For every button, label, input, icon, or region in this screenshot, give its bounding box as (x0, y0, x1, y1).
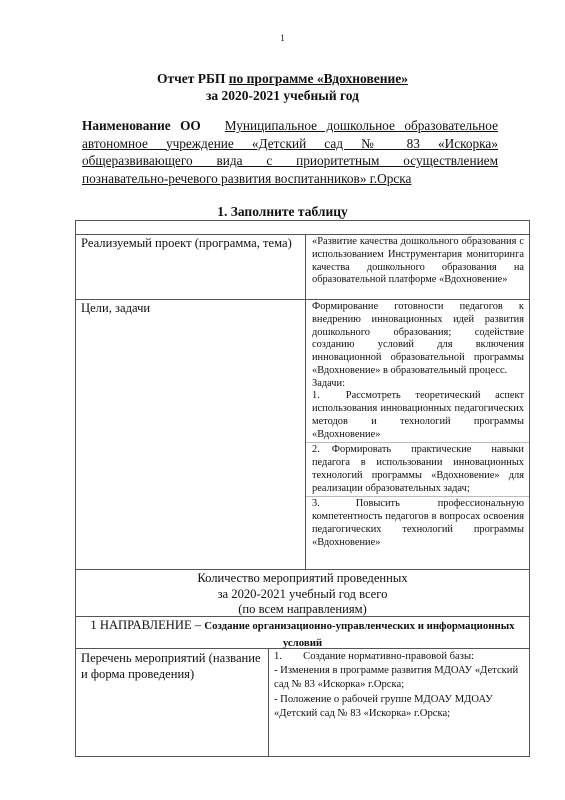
page-number: 1 (0, 33, 565, 43)
title-program: по программе «Вдохновение» (229, 71, 408, 86)
task-divider (306, 496, 529, 497)
project-value: «Развитие качества дошкольного образован… (306, 235, 529, 299)
project-label: Реализуемый проект (программа, тема) (76, 235, 306, 299)
count-line-2: за 2020-2021 учебный год всего (80, 587, 525, 603)
count-line-1: Количество мероприятий проведенных (80, 571, 525, 587)
direction-prefix: 1 НАПРАВЛЕНИЕ – (90, 618, 204, 632)
report-subtitle: за 2020-2021 учебный год (0, 87, 565, 104)
table-row-direction: 1 НАПРАВЛЕНИЕ – Создание организационно-… (76, 616, 529, 648)
goals-value: Формирование готовности педагогов к внед… (306, 300, 529, 569)
task-item: 1.Рассмотреть теоретический аспект испол… (312, 390, 524, 441)
event-item: - Изменения в программе развития МДОАУ «… (274, 664, 524, 692)
task-number: 3. (312, 498, 320, 509)
goals-label: Цели, задачи (76, 300, 306, 569)
table-row-events: Перечень мероприятий (название и форма п… (76, 648, 529, 756)
task-number: 2. (312, 444, 320, 455)
organization-paragraph: Наименование ООМуниципальное дошкольное … (82, 117, 498, 187)
organization-label: Наименование ОО (82, 118, 201, 133)
count-heading: Количество мероприятий проведенных за 20… (76, 570, 529, 616)
events-label: Перечень мероприятий (название и форма п… (76, 649, 269, 756)
table-row-goals: Цели, задачи Формирование готовности пед… (76, 299, 529, 569)
task-divider (306, 442, 529, 443)
table-row-count: Количество мероприятий проведенных за 20… (76, 569, 529, 616)
task-text: Формировать практические навыки педагога… (312, 444, 524, 493)
event-item: 1. Создание нормативно-правовой базы: (274, 650, 524, 664)
task-text: Рассмотреть теоретический аспект использ… (312, 390, 524, 439)
task-text: Повысить профессиональную компетентность… (312, 498, 524, 547)
table-row-empty (76, 221, 529, 234)
report-table: Реализуемый проект (программа, тема) «Ра… (75, 220, 530, 757)
table-row-project: Реализуемый проект (программа, тема) «Ра… (76, 234, 529, 299)
title-prefix: Отчет РБП (157, 71, 229, 86)
tasks-label: Задачи: (312, 378, 524, 391)
section-heading: 1. Заполните таблицу (0, 204, 565, 220)
count-line-3: (по всем направлениям) (80, 602, 525, 618)
task-item: 2.Формировать практические навыки педаго… (312, 444, 524, 495)
event-item: - Положение о рабочей группе МДОАУ МДОАУ… (274, 693, 524, 721)
task-item: 3.Повысить профессиональную компетентнос… (312, 498, 524, 549)
report-title: Отчет РБП по программе «Вдохновение» за … (0, 70, 565, 104)
events-list: 1. Создание нормативно-правовой базы: - … (269, 649, 529, 756)
direction-title: Создание организационно-управленческих и… (204, 620, 514, 649)
goal-text: Формирование готовности педагогов к внед… (312, 301, 524, 378)
task-number: 1. (312, 390, 320, 401)
direction-heading: 1 НАПРАВЛЕНИЕ – Создание организационно-… (76, 617, 529, 648)
